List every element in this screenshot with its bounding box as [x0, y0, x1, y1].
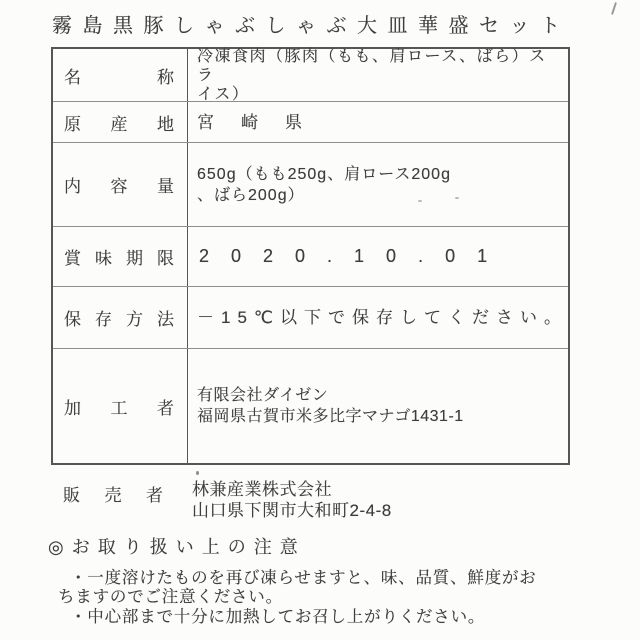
row-value: －15℃以下で保存してください。 — [188, 287, 574, 348]
product-title: 霧島黒豚しゃぶしゃぶ大皿華盛セット — [52, 9, 571, 38]
table-row-contents: 内容量 650g（もも250g、肩ロース200g 、ばら200g） — [53, 142, 568, 226]
notice-item-heat: ・中心部まで十分に加熱してお召し上がりください。 — [58, 608, 598, 627]
row-label: 内容量 — [64, 172, 174, 197]
row-label-cell: 保存方法 — [53, 287, 188, 348]
scan-speck — [418, 200, 422, 202]
seller-label: 販売者 — [63, 481, 163, 506]
row-label: 賞味期限 — [64, 244, 174, 269]
row-value: 有限会社ダイゼン 福岡県古賀市米多比字マナゴ1431-1 — [188, 349, 568, 463]
row-label-cell: 名称 — [53, 49, 188, 101]
row-value: 冷凍食肉（豚肉（もも、肩ロース、ばら）スラ イス） — [188, 49, 568, 101]
row-label: 名称 — [64, 63, 174, 88]
row-value: 650g（もも250g、肩ロース200g 、ばら200g） — [188, 143, 568, 226]
row-label-cell: 加工者 — [53, 349, 188, 463]
row-value: 2020.10.01 — [188, 227, 568, 286]
table-row-processor: 加工者 有限会社ダイゼン 福岡県古賀市米多比字マナゴ1431-1 — [53, 348, 568, 463]
spec-table: 名称 冷凍食肉（豚肉（もも、肩ロース、ばら）スラ イス） 原産地 宮崎県 内容量… — [51, 47, 570, 465]
row-label-cell: 賞味期限 — [53, 227, 188, 286]
table-row-origin: 原産地 宮崎県 — [53, 101, 568, 142]
handling-notice-list: ・一度溶けたものを再び凍らせますと、味、品質、鮮度がお ちますのでご注意ください… — [58, 569, 598, 627]
table-row-storage: 保存方法 －15℃以下で保存してください。 — [53, 286, 568, 348]
scan-speck — [455, 197, 459, 199]
row-label: 加工者 — [64, 394, 174, 419]
row-label-cell: 原産地 — [53, 102, 188, 142]
row-label: 保存方法 — [64, 305, 174, 330]
table-row-name: 名称 冷凍食肉（豚肉（もも、肩ロース、ばら）スラ イス） — [53, 49, 568, 101]
handling-notice-heading: ◎お取り扱い上の注意 — [48, 533, 306, 559]
scan-artifact-mark — [611, 2, 617, 15]
seller-value: 林兼産業株式会社 山口県下関市大和町2-4-8 — [192, 479, 392, 521]
label-scan-sheet: 霧島黒豚しゃぶしゃぶ大皿華盛セット 名称 冷凍食肉（豚肉（もも、肩ロース、ばら）… — [0, 0, 640, 640]
scan-speck — [196, 471, 199, 475]
row-value: 宮崎県 — [188, 102, 568, 142]
row-label: 原産地 — [64, 110, 174, 135]
notice-item-refreeze: ・一度溶けたものを再び凍らせますと、味、品質、鮮度がお ちますのでご注意ください… — [58, 569, 598, 606]
table-row-best-before: 賞味期限 2020.10.01 — [53, 226, 568, 286]
row-label-cell: 内容量 — [53, 143, 188, 226]
